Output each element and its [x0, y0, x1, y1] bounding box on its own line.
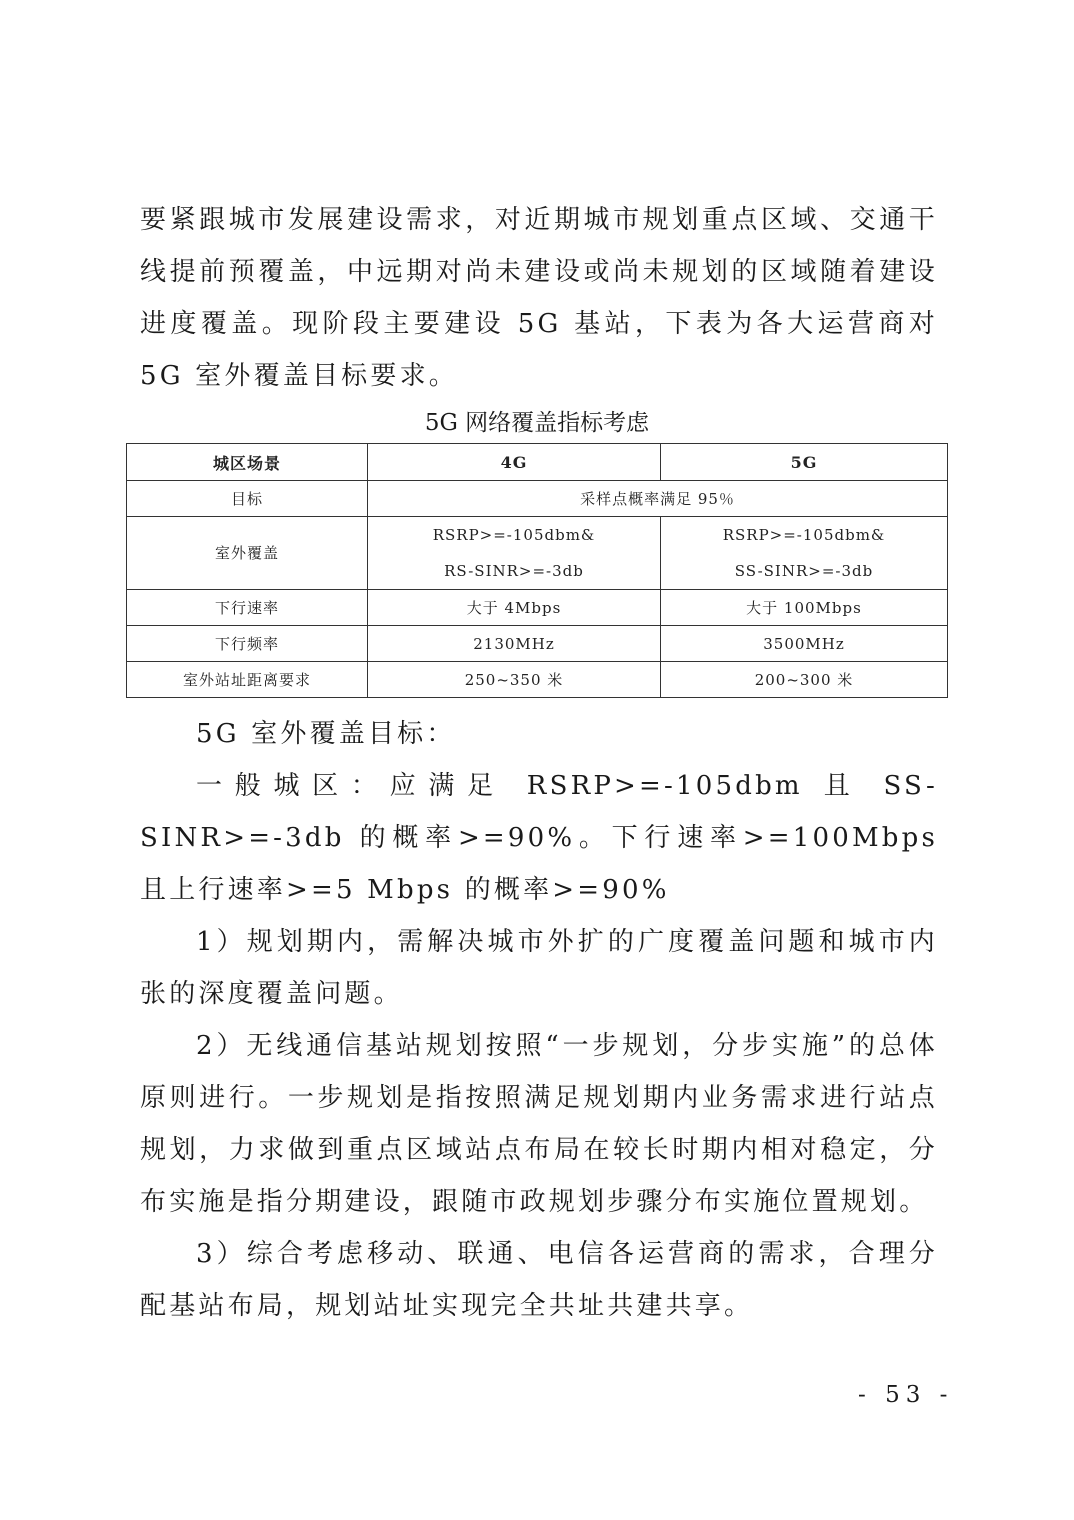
cell-line: SS-SINR>=-3db — [661, 553, 947, 589]
cell-line: RSRP>=-105dbm& — [368, 517, 660, 553]
cell-5g: 大于 100Mbps — [661, 590, 948, 626]
header-5g: 5G — [661, 444, 948, 481]
row-label: 下行速率 — [127, 590, 368, 626]
page-number: - 53 - — [858, 1382, 953, 1408]
cell-line: RSRP>=-105dbm& — [661, 517, 947, 553]
cell-4g: 大于 4Mbps — [368, 590, 661, 626]
general-urban-paragraph: 一般城区：应满足 RSRP>=-105dbm 且 SS-SINR>=-3db 的… — [140, 760, 938, 916]
table-row: 下行速率 大于 4Mbps 大于 100Mbps — [127, 590, 948, 626]
header-scenario: 城区场景 — [127, 444, 368, 481]
row-label: 下行频率 — [127, 626, 368, 662]
table-caption: 5G 网络覆盖指标考虑 — [0, 406, 1074, 440]
row-label: 室外站址距离要求 — [127, 662, 368, 698]
list-item: 1）规划期内，需解决城市外扩的广度覆盖问题和城市内张的深度覆盖问题。 — [140, 916, 938, 1020]
section-heading: 5G 室外覆盖目标： — [140, 708, 938, 760]
list-item: 3）综合考虑移动、联通、电信各运营商的需求，合理分配基站布局，规划站址实现完全共… — [140, 1228, 938, 1332]
cell-4g: 250~350 米 — [368, 662, 661, 698]
cell-line: RS-SINR>=-3db — [368, 553, 660, 589]
cell-5g: 3500MHz — [661, 626, 948, 662]
document-page: 要紧跟城市发展建设需求，对近期城市规划重点区域、交通干线提前预覆盖，中远期对尚未… — [0, 0, 1074, 1520]
cell-4g: 2130MHz — [368, 626, 661, 662]
table-row: 目标 采样点概率满足 95％ — [127, 481, 948, 517]
table-header-row: 城区场景 4G 5G — [127, 444, 948, 481]
merged-target-cell: 采样点概率满足 95％ — [368, 481, 948, 517]
row-label: 目标 — [127, 481, 368, 517]
cell-5g: RSRP>=-105dbm& SS-SINR>=-3db — [661, 517, 948, 590]
coverage-metrics-table: 城区场景 4G 5G 目标 采样点概率满足 95％ 室外覆盖 RSRP>=-10… — [126, 443, 948, 698]
cell-4g: RSRP>=-105dbm& RS-SINR>=-3db — [368, 517, 661, 590]
intro-paragraph: 要紧跟城市发展建设需求，对近期城市规划重点区域、交通干线提前预覆盖，中远期对尚未… — [140, 194, 938, 402]
header-4g: 4G — [368, 444, 661, 481]
row-label: 室外覆盖 — [127, 517, 368, 590]
table-row: 下行频率 2130MHz 3500MHz — [127, 626, 948, 662]
cell-5g: 200~300 米 — [661, 662, 948, 698]
table-row: 室外站址距离要求 250~350 米 200~300 米 — [127, 662, 948, 698]
list-item: 2）无线通信基站规划按照“一步规划，分步实施”的总体原则进行。一步规划是指按照满… — [140, 1020, 938, 1228]
table-row: 室外覆盖 RSRP>=-105dbm& RS-SINR>=-3db RSRP>=… — [127, 517, 948, 590]
